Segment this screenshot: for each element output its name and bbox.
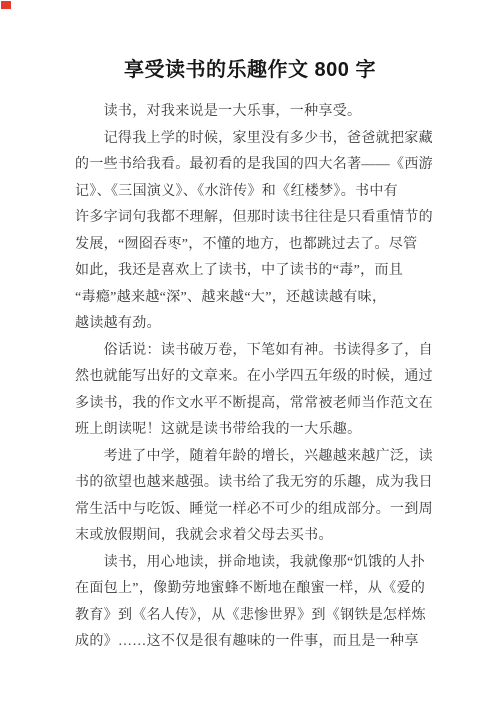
text-line: 考进了中学，随着年龄的增长，兴趣越来越广泛，读 (75, 444, 437, 471)
text-line: 的一些书给我看。最初看的是我国的四大名著——《西游 (75, 152, 437, 179)
page-title: 享受读书的乐趣作文 800 字 (0, 55, 500, 85)
text-line: 俗话说：读书破万卷，下笔如有神。书读得多了，自 (75, 338, 437, 365)
text-line: 末或放假期间，我就会求着父母去买书。 (75, 523, 437, 550)
text-line: 读书，用心地读，拼命地读，我就像那“饥饿的人扑 (75, 550, 437, 577)
text-line: 然也就能写出好的文章来。在小学四五年级的时候，通过 (75, 364, 437, 391)
text-line: 成的》……这不仅是很有趣味的一件事，而且是一种享 (75, 629, 437, 656)
text-line: 记》、《三国演义》、《水浒传》和《红楼梦》。书中有 (75, 179, 437, 206)
text-line: 常生活中与吃饭、睡觉一样必不可少的组成部分。一到周 (75, 497, 437, 524)
text-line: 读书，对我来说是一大乐事，一种享受。 (75, 99, 437, 126)
document-page: 享受读书的乐趣作文 800 字 读书，对我来说是一大乐事，一种享受。记得我上学的… (0, 0, 500, 707)
text-line: 记得我上学的时候，家里没有多少书，爸爸就把家藏 (75, 126, 437, 153)
text-line: 班上朗读呢！这就是读书带给我的一大乐趣。 (75, 417, 437, 444)
text-line: 在面包上”，像勤劳地蜜蜂不断地在酿蜜一样，从《爱的 (75, 576, 437, 603)
text-line: “毒瘾”越来越“深”、越来越“大”，还越读越有味， (75, 285, 437, 312)
text-line: 许多字词句我都不理解，但那时读书往往是只看重情节的 (75, 205, 437, 232)
essay-body: 读书，对我来说是一大乐事，一种享受。记得我上学的时候，家里没有多少书，爸爸就把家… (75, 99, 437, 656)
text-line: 多读书，我的作文水平不断提高，常常被老师当作范文在 (75, 391, 437, 418)
text-line: 书的欲望也越来越强。读书给了我无穷的乐趣，成为我日 (75, 470, 437, 497)
text-line: 教育》到《名人传》，从《悲惨世界》到《钢铁是怎样炼 (75, 603, 437, 630)
text-line: 如此，我还是喜欢上了读书，中了读书的“毒”，而且 (75, 258, 437, 285)
red-corner-mark (1, 1, 11, 9)
text-line: 越读越有劲。 (75, 311, 437, 338)
text-line: 发展，“囫囵吞枣”，不懂的地方，也都跳过去了。尽管 (75, 232, 437, 259)
